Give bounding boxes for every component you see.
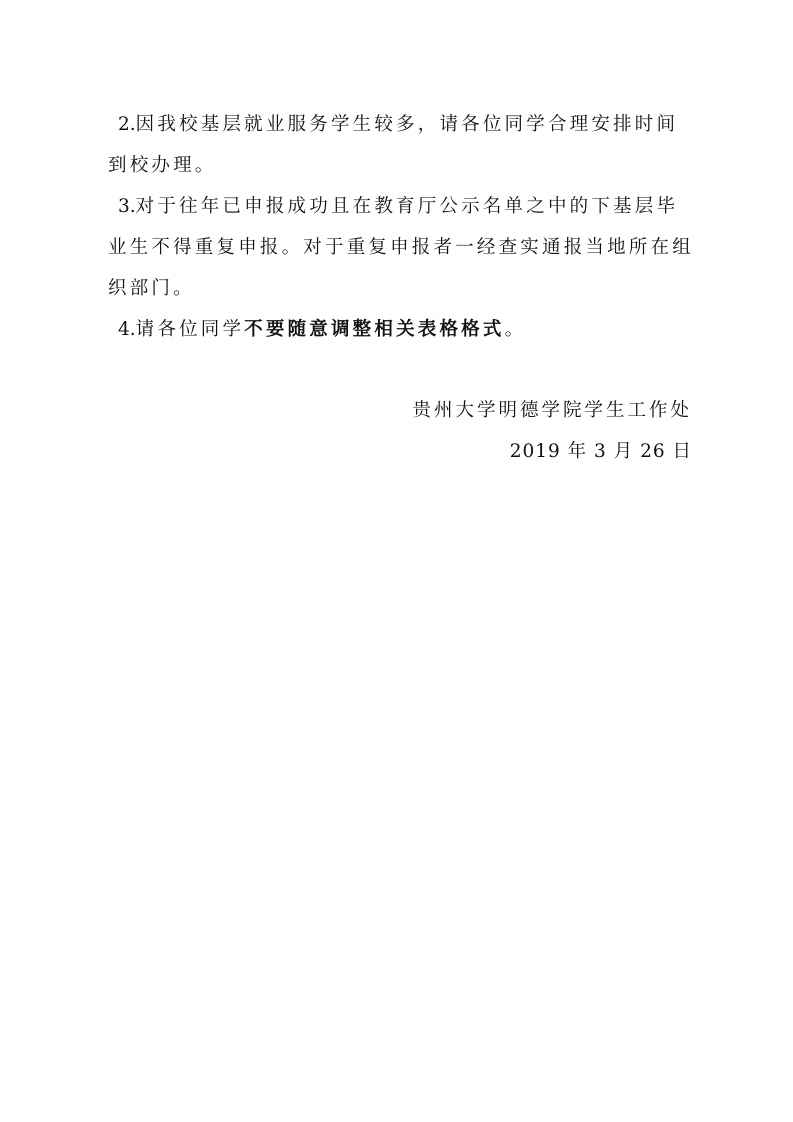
document-page: 2.因我校基层就业服务学生较多，请各位同学合理安排时间到校办理。 3.对于往年已…: [0, 0, 793, 1122]
item-text: 对于往年已申报成功且在教育厅公示名单之中的下基层毕业生不得重复申报。对于重复申报…: [108, 196, 694, 299]
signature-date: 2019 年 3 月 26 日: [412, 431, 692, 472]
notice-body: 2.因我校基层就业服务学生较多，请各位同学合理安排时间到校办理。 3.对于往年已…: [108, 104, 698, 350]
item-number: 4.: [118, 319, 136, 340]
notice-item-4: 4.请各位同学不要随意调整相关表格格式。: [108, 309, 698, 350]
notice-item-2: 2.因我校基层就业服务学生较多，请各位同学合理安排时间到校办理。: [108, 104, 698, 186]
item-text: 因我校基层就业服务学生较多，请各位同学合理安排时间到校办理。: [108, 114, 678, 176]
signature-organization: 贵州大学明德学院学生工作处: [412, 390, 692, 431]
item-number: 2.: [118, 114, 136, 135]
item-text-emphasis: 不要随意调整相关表格格式: [244, 319, 504, 340]
item-text-end: 。: [505, 319, 527, 340]
item-text: 请各位同学: [136, 319, 245, 340]
signature-block: 贵州大学明德学院学生工作处 2019 年 3 月 26 日: [412, 390, 692, 472]
item-number: 3.: [118, 196, 136, 217]
notice-item-3: 3.对于往年已申报成功且在教育厅公示名单之中的下基层毕业生不得重复申报。对于重复…: [108, 186, 698, 309]
